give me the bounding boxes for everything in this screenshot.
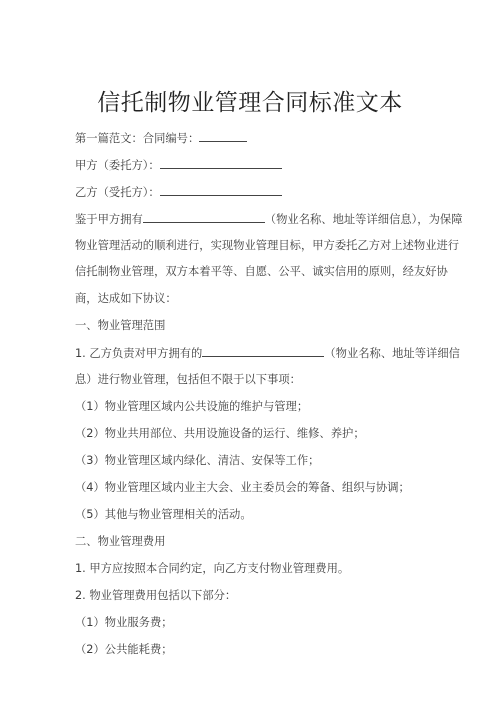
section-1-subitem: （4）物业管理区域内业主大会、业主委员会的筹备、组织与协调； — [75, 480, 410, 496]
preamble-line-1: 鉴于甲方拥有（物业名称、地址等详细信息），为保障 — [75, 211, 463, 228]
property-blank[interactable] — [143, 211, 265, 223]
section-2-item-2: 2. 物业管理费用包括以下部分： — [75, 588, 236, 604]
party-b-field: 乙方（受托方）： — [75, 184, 282, 201]
clause-text: （物业名称、地址等详细信 — [324, 347, 460, 360]
section-1-subitem: （3）物业管理区域内绿化、清洁、安保等工作； — [75, 453, 319, 469]
preamble-text: （物业名称、地址等详细信息），为保障 — [265, 213, 463, 226]
field-label: 第一篇范文：合同编号： — [75, 132, 199, 145]
preamble-line-4: 商，达成如下协议： — [75, 291, 177, 307]
section-1-subitem: （2）物业共用部位、共用设施设备的运行、维修、养护； — [75, 426, 365, 442]
party-a-field: 甲方（委托方）： — [75, 157, 282, 174]
section-2-subitem: （2）公共能耗费； — [75, 642, 173, 658]
preamble-text: 鉴于甲方拥有 — [75, 213, 143, 226]
field-label: 乙方（受托方）： — [75, 186, 160, 199]
field-label: 甲方（委托方）： — [75, 159, 160, 172]
section-2-item-1: 1. 甲方应按照本合同约定，向乙方支付物业管理费用。 — [75, 561, 349, 577]
section-1-subitem: （1）物业管理区域内公共设施的维护与管理； — [75, 399, 308, 415]
contract-number-blank[interactable] — [199, 130, 247, 142]
document-page: 信托制物业管理合同标准文本 第一篇范文：合同编号： 甲方（委托方）： 乙方（受托… — [0, 0, 500, 707]
party-b-blank[interactable] — [160, 184, 282, 196]
party-a-blank[interactable] — [160, 157, 282, 169]
preamble-line-2: 物业管理活动的顺利进行，实现物业管理目标，甲方委托乙方对上述物业进行 — [75, 238, 459, 254]
preamble-line-3: 信托制物业管理，双方本着平等、自愿、公平、诚实信用的原则，经友好协 — [75, 264, 448, 280]
section-2-heading: 二、物业管理费用 — [75, 534, 165, 550]
clause-text: 1. 乙方负责对甲方拥有的 — [75, 347, 202, 360]
section-2-subitem: （1）物业服务费； — [75, 615, 173, 631]
section-1-item-1: 1. 乙方负责对甲方拥有的（物业名称、地址等详细信 — [75, 345, 460, 362]
contract-number-field: 第一篇范文：合同编号： — [75, 130, 247, 147]
section-1-item-1-cont: 息）进行物业管理，包括但不限于以下事项： — [75, 372, 301, 388]
section-1-heading: 一、物业管理范围 — [75, 318, 165, 334]
document-title: 信托制物业管理合同标准文本 — [0, 84, 500, 117]
section-1-subitem: （5）其他与物业管理相关的活动。 — [75, 507, 252, 523]
property-blank-2[interactable] — [202, 345, 324, 357]
